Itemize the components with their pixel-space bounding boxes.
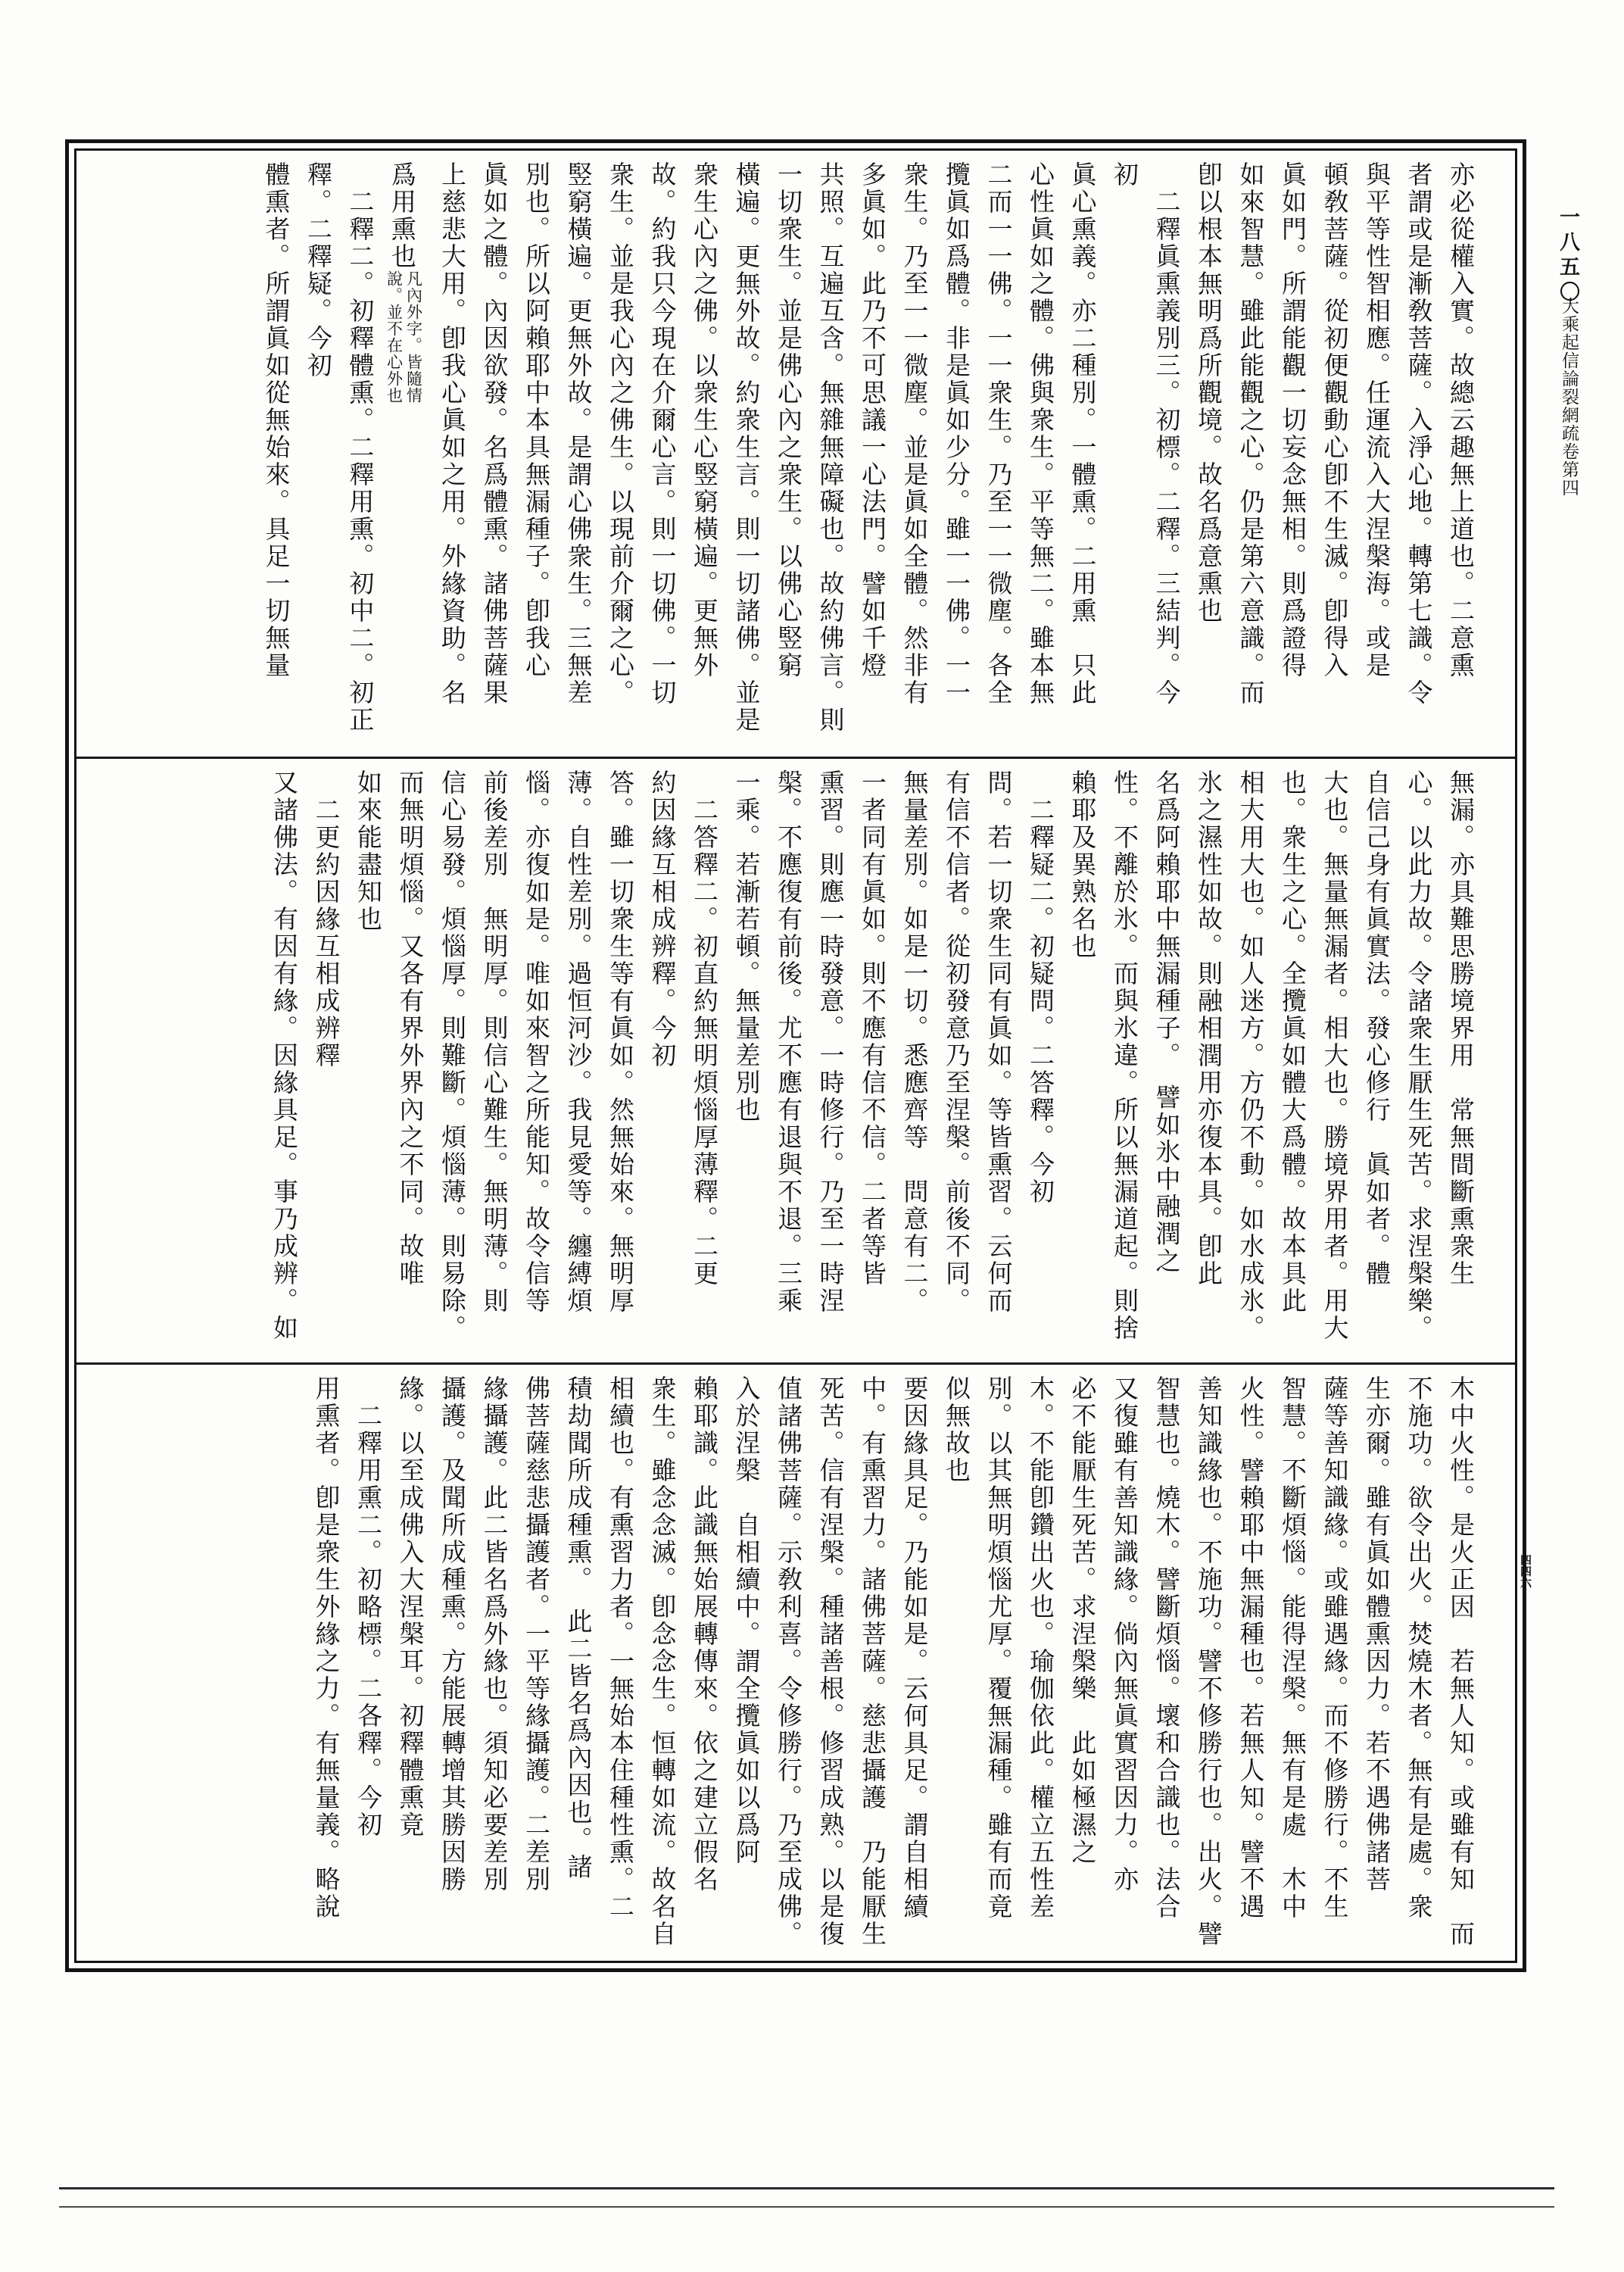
text-border-box-inner: 亦必從權入實。故總云趣無上道也。二意熏者謂或是漸敎菩薩。入淨心地。轉第七識。令與…: [74, 148, 1517, 1963]
text-column: 薄。自性差別。過恒河沙。我見愛等。纏縛煩: [556, 769, 598, 1358]
text-column: 橫遍。更無外故。約衆生言。則一切諸佛。並是: [724, 161, 766, 752]
text-column: 竪窮橫遍。更無外故。是謂心佛衆生。三無差: [556, 161, 598, 752]
text-column: 共照。互遍互含。無雜無障礙也。故約佛言。則: [808, 161, 850, 752]
text-column: 上慈悲大用。卽我心眞如之用。外緣資助。名: [430, 161, 472, 752]
text-column: 熏習。則應一時發意。一時修行。乃至一時涅: [808, 769, 850, 1358]
text-band-middle: 無漏。亦具難思勝境界用 常無間斷熏衆生心。以此力故。令諸衆生厭生死苦。求涅槃樂。…: [76, 757, 1515, 1362]
text-column: 緣。以至成佛入大涅槃耳。初釋體熏竟: [388, 1375, 430, 1956]
text-column: 性。不離於氷。而與氷違。所以無漏道起。則捨: [1102, 769, 1145, 1358]
text-column: 大也。無量無漏者。相大也。勝境界用者。用大: [1312, 769, 1354, 1358]
text-column: 者謂或是漸敎菩薩。入淨心地。轉第七識。令: [1396, 161, 1439, 752]
text-column: 故。約我只今現在介爾心言。則一切佛。一切: [640, 161, 682, 752]
text-band-top: 亦必從權入實。故總云趣無上道也。二意熏者謂或是漸敎菩薩。入淨心地。轉第七識。令與…: [76, 151, 1515, 757]
text-column: 頓敎菩薩。從初便觀動心卽不生滅。卽得入: [1312, 161, 1354, 752]
text-column-main: 爲用熏也: [388, 161, 415, 270]
text-column: 賴耶及異熟名也: [1060, 769, 1102, 1358]
text-column: 賴耶識。此識無始展轉傳來。依之建立假名: [682, 1375, 725, 1956]
scan-artifact-line: [59, 2206, 1554, 2208]
text-column: 也。衆生之心。全攬眞如體大爲體。故本具此: [1270, 769, 1313, 1358]
text-column: 積劫聞所成種熏。 此二皆名爲內因也。諸: [556, 1375, 598, 1956]
text-column: 名爲阿賴耶中無漏種子。 譬如氷中融潤之: [1144, 769, 1186, 1358]
text-column: 心。以此力故。令諸衆生厭生死苦。求涅槃樂。: [1396, 769, 1439, 1358]
inline-small-note-line: 凡內外字。皆隨情: [404, 270, 424, 404]
text-column: 亦必從權入實。故總云趣無上道也。二意熏: [1439, 161, 1481, 752]
scan-artifact-line: [59, 2187, 1554, 2189]
text-column: 爲用熏也凡內外字。皆隨情說。並不在心外也: [379, 161, 429, 752]
text-column: 木。不能卽鑽出火也。瑜伽依此。權立五性差: [1018, 1375, 1061, 1956]
text-column: 衆生。乃至一一微塵。並是眞如全體。然非有: [892, 161, 934, 752]
text-column: 二更約因緣互相成辨釋: [304, 769, 346, 1358]
text-column: 氷之濕性如故。則融相潤用亦復本具。卽此: [1186, 769, 1229, 1358]
text-column: 二而一一佛。一一衆生。乃至一一微塵。各全: [976, 161, 1018, 752]
text-column: 入於涅槃 自相續中。謂全攬眞如以爲阿: [724, 1375, 766, 1956]
text-column: 又復雖有善知識緣。倘內無眞實習因力。亦: [1102, 1375, 1145, 1956]
text-column: 別。以其無明煩惱尤厚。覆無漏種。雖有而竟: [976, 1375, 1018, 1956]
margin-page-number-top: 一八五〇: [1554, 206, 1583, 306]
text-column: 中。有熏習力。諸佛菩薩。慈悲攝護 乃能厭生: [850, 1375, 893, 1956]
text-column: 薩等善知識緣。或雖遇緣。而不修勝行。不生: [1312, 1375, 1354, 1956]
margin-page-number-bottom: 四四六: [1517, 1554, 1533, 1588]
text-column: 用熏者。卽是衆生外緣之力。有無量義。略說: [304, 1375, 346, 1956]
text-column: 別也。所以阿賴耶中本具無漏種子。卽我心: [514, 161, 556, 752]
scanned-page: 亦必從權入實。故總云趣無上道也。二意熏者謂或是漸敎菩薩。入淨心地。轉第七識。令與…: [0, 0, 1624, 2272]
margin-volume-title: 大乘起信論裂網疏卷第四: [1557, 297, 1582, 497]
text-column: 問。若一切衆生同有眞如。等皆熏習。云何而: [976, 769, 1018, 1358]
text-column: 初: [1102, 161, 1145, 752]
text-column: 二釋二。初釋體熏。二釋用熏。初中二。初正: [338, 161, 380, 752]
text-column: 值諸佛菩薩。示敎利喜。令修勝行。乃至成佛。: [766, 1375, 809, 1956]
text-column: 火性。譬賴耶中無漏種也。若無人知。譬不遇: [1228, 1375, 1270, 1956]
text-column: 二釋眞熏義別三。初標。二釋。三結判。今: [1144, 161, 1186, 752]
text-column: 眞心熏義。亦二種別。一體熏。二用熏 只此: [1060, 161, 1102, 752]
text-column: 智慧也。燒木。譬斷煩惱。壞和合識也。法合: [1144, 1375, 1186, 1956]
text-column: 攬眞如爲體。非是眞如少分。雖一一佛。一一: [934, 161, 977, 752]
text-column: 心性眞如之體。佛與衆生。平等無二。雖本無: [1018, 161, 1061, 752]
text-column: 衆生心內之佛。以衆生心竪窮橫遍。更無外: [682, 161, 725, 752]
text-column: 二答釋二。初直約無明煩惱厚薄釋。二更: [682, 769, 725, 1358]
text-column: 一者同有眞如。則不應有信不信。二者等皆: [850, 769, 893, 1358]
text-column: 似無故也: [934, 1375, 977, 1956]
text-column: 不施功。欲令出火。焚燒木者。無有是處。衆: [1396, 1375, 1439, 1956]
text-column: 惱。亦復如是。唯如來智之所能知。故令信等: [514, 769, 556, 1358]
text-column: 前後差別 無明厚。則信心難生。無明薄。則: [472, 769, 514, 1358]
text-column: 如來能盡知也: [346, 769, 388, 1358]
text-column: 有信不信者。從初發意乃至涅槃。前後不同。: [934, 769, 977, 1358]
text-column: 要因緣具足。乃能如是。云何具足。謂自相續: [892, 1375, 934, 1956]
text-column: 死苦。信有涅槃。種諸善根。修習成熟。以是復: [808, 1375, 850, 1956]
text-column: 一乘。若漸若頓。無量差別也: [724, 769, 766, 1358]
text-column: 又諸佛法。有因有緣。因緣具足。事乃成辨。如: [262, 769, 304, 1358]
text-band-bottom: 木中火性。是火正因 若無人知。或雖有知 而不施功。欲令出火。焚燒木者。無有是處。…: [76, 1362, 1515, 1961]
text-column: 體熏者。所謂眞如從無始來。具足一切無量: [254, 161, 296, 752]
text-column: 眞如門。所謂能觀一切妄念無相。則爲證得: [1270, 161, 1313, 752]
text-column: 無量差別。如是一切。悉應齊等 問意有二。: [892, 769, 934, 1358]
text-column: 攝護。及聞所成種熏。方能展轉增其勝因勝: [430, 1375, 472, 1956]
text-column: 答。雖一切衆生等有眞如。然無始來。無明厚: [598, 769, 641, 1358]
text-column: 釋。二釋疑。今初: [295, 161, 338, 752]
text-column: 必不能厭生死苦。求涅槃樂 此如極濕之: [1060, 1375, 1102, 1956]
text-column: 二釋疑二。初疑問。二答釋。今初: [1018, 769, 1061, 1358]
text-column: 信心易發。煩惱厚。則難斷。煩惱薄。則易除。: [430, 769, 472, 1358]
text-column: 衆生。雖念念滅。卽念念生。恒轉如流。故名自: [640, 1375, 682, 1956]
text-column: 二釋用熏二。初略標。二各釋。今初: [346, 1375, 388, 1956]
text-column: 一切衆生。並是佛心內之衆生。以佛心竪窮: [766, 161, 809, 752]
text-column: 卽以根本無明爲所觀境。故名爲意熏也: [1186, 161, 1229, 752]
text-column: 木中火性。是火正因 若無人知。或雖有知 而: [1439, 1375, 1481, 1956]
text-column: 佛菩薩慈悲攝護者。一平等緣攝護。二差別: [514, 1375, 556, 1956]
text-border-box: 亦必從權入實。故總云趣無上道也。二意熏者謂或是漸敎菩薩。入淨心地。轉第七識。令與…: [65, 139, 1526, 1972]
text-column: 相大用大也。如人迷方。方仍不動。如水成氷。: [1228, 769, 1270, 1358]
text-column: 而無明煩惱。又各有界外界內之不同。故唯: [388, 769, 430, 1358]
text-column: 與平等性智相應。任運流入大涅槃海。或是: [1354, 161, 1397, 752]
text-column: 自信己身有眞實法。發心修行 眞如者。體: [1354, 769, 1397, 1358]
text-column: 善知識緣也。不施功。譬不修勝行也。出火。譬: [1186, 1375, 1229, 1956]
text-column: 智慧。不斷煩惱。能得涅槃。無有是處 木中: [1270, 1375, 1313, 1956]
inline-small-note: 凡內外字。皆隨情說。並不在心外也: [385, 270, 424, 404]
text-column: 眞如之體。內因欲發。名爲體熏。諸佛菩薩果: [472, 161, 514, 752]
text-column: 無漏。亦具難思勝境界用 常無間斷熏衆生: [1439, 769, 1481, 1358]
text-column: 生亦爾。雖有眞如體熏因力。若不遇佛諸菩: [1354, 1375, 1397, 1956]
text-column: 如來智慧。雖此能觀之心。仍是第六意識。而: [1228, 161, 1270, 752]
text-column: 緣攝護。此二皆名爲外緣也。須知必要差別: [472, 1375, 514, 1956]
text-column: 多眞如。此乃不可思議一心法門。譬如千燈: [850, 161, 893, 752]
text-column: 衆生。並是我心內之佛生。以現前介爾之心。: [598, 161, 641, 752]
text-column: 槃。不應復有前後。尤不應有退與不退。三乘: [766, 769, 809, 1358]
text-column: 約因緣互相成辨釋。今初: [640, 769, 682, 1358]
text-column: 相續也。有熏習力者。一無始本住種性熏。二: [598, 1375, 641, 1956]
inline-small-note-line: 說。並不在心外也: [385, 270, 404, 404]
